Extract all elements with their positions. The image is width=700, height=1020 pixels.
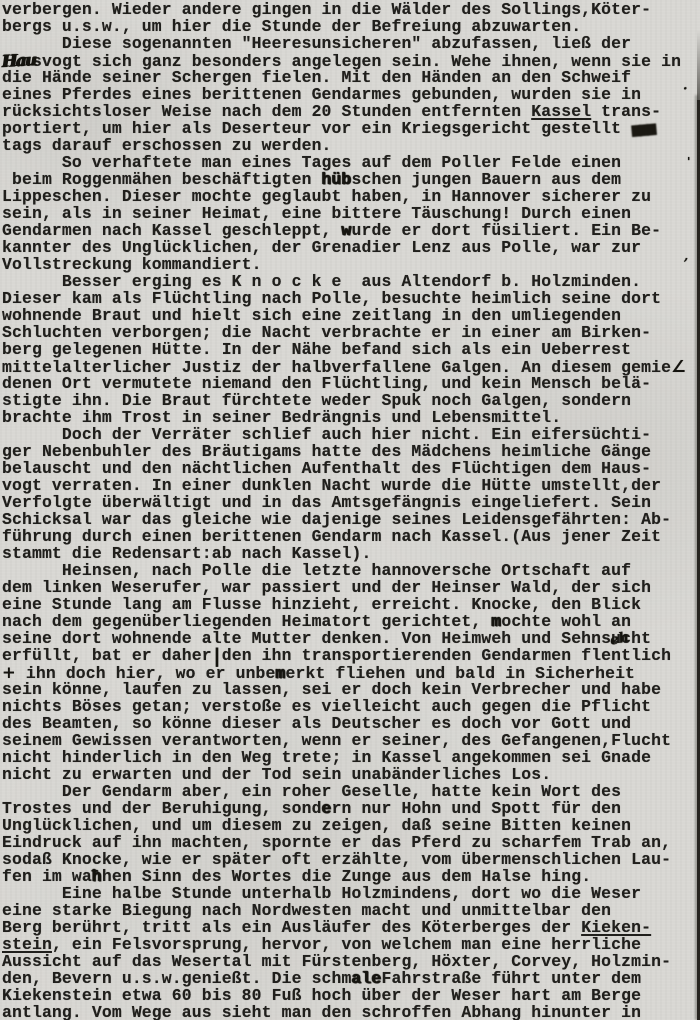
text-line: portiert, um hier als Deserteur vor ein … — [2, 120, 700, 137]
text-line: erfüllt, bat er daher|den ihn transporti… — [2, 647, 700, 664]
text-line: rücksichtsloser Weise nach dem 20 Stunde… — [2, 103, 700, 120]
text-line: Unglücklichen, und um diesem zu zeigen, … — [2, 817, 700, 834]
text-segment: antlang. Vom Wege aus sieht man den schr… — [2, 1003, 641, 1020]
text-line: kannter des Unglücklichen, der Grenadier… — [2, 239, 700, 256]
text-line: des Beamten, so könne dieser als Deutsch… — [2, 715, 700, 732]
text-line: Hausvogt sich ganz besonders angelegen s… — [2, 52, 700, 69]
ink-scribble: ▆▆▆ — [631, 122, 654, 137]
text-line: den, Bevern u.s.w.genießt. Die schmaleFa… — [2, 970, 700, 987]
text-line: seine dort wohnende alte Mutter denken. … — [2, 630, 700, 647]
text-line: So verhaftete man eines Tages auf dem Po… — [2, 154, 700, 171]
text-line: nichts Böses getan; verstoße es vielleic… — [2, 698, 700, 715]
text-segment: berg gelegenen Hütte. In der Nähe befand… — [2, 340, 631, 359]
text-line: nicht zu erwarten und der Tod sein unabä… — [2, 766, 700, 783]
text-line: nach dem gegenüberliegenden Heimatort ge… — [2, 613, 700, 630]
text-line: Der Gendarm aber, ein roher Geselle, hat… — [2, 783, 700, 800]
text-line: Schicksal war das gleiche wie dajenige s… — [2, 511, 700, 528]
text-segment: erfüllt, bat er daher — [2, 646, 212, 665]
ink-speck: , — [684, 249, 688, 263]
text-line: antlang. Vom Wege aus sieht man den schr… — [2, 1004, 700, 1020]
text-line: dem linken Weserufer, war passiert und d… — [2, 579, 700, 596]
text-line: Dieser kam als Flüchtling nach Polle, be… — [2, 290, 700, 307]
text-line: mittelalterlicher Justiz der halbverfall… — [2, 358, 700, 375]
text-line: sodaß Knocke, wie er später oft erzählte… — [2, 851, 700, 868]
text-line: Heinsen, nach Polle die letzte hannovers… — [2, 562, 700, 579]
pen-stroke: | — [212, 646, 222, 667]
text-line: stigte ihn. Die Braut fürchtete weder Sp… — [2, 392, 700, 409]
text-line: brachte ihm Trost in seiner Bedrängnis u… — [2, 409, 700, 426]
text-line: Verfolgte überwältigt und in das Amtsgef… — [2, 494, 700, 511]
text-line: Kiekenstein etwa 60 bis 80 Fuß hoch über… — [2, 987, 700, 1004]
text-line: Berg berührt, tritt als ein Ausläufer de… — [2, 919, 700, 936]
text-line: fen im waħhen Sinn des Wortes die Zunge … — [2, 868, 700, 885]
text-line: eines Pferdes eines berittenen Gendarmes… — [2, 86, 700, 103]
ink-speck: · — [683, 82, 688, 97]
text-line: Gendarmen nach Kassel geschleppt, wurde … — [2, 222, 700, 239]
text-line: Eindruck auf ihn machten, spornte er das… — [2, 834, 700, 851]
ink-speck: ' — [687, 155, 690, 168]
text-line: tags darauf erschossen zu werden. — [2, 137, 700, 154]
text-line: berg gelegenen Hütte. In der Nähe befand… — [2, 341, 700, 358]
text-line: vogt verraten. In einer dunklen Nacht wu… — [2, 477, 700, 494]
text-line: Schluchten verborgen; die Nacht verbrach… — [2, 324, 700, 341]
text-segment: Diese sogenannten "Heeresunsicheren" abz… — [2, 34, 631, 53]
text-line: verbergen. Wieder andere gingen in die W… — [2, 1, 700, 18]
text-line: wohnende Braut und hielt sich eine zeitl… — [2, 307, 700, 324]
text-line: Aussicht auf das Wesertal mit Fürstenber… — [2, 953, 700, 970]
document-page: verbergen. Wieder andere gingen in die W… — [0, 0, 700, 1020]
handwritten-mark: ∠ — [671, 357, 686, 376]
text-line: eine starke Biegung nach Nordwesten mach… — [2, 902, 700, 919]
handwritten-overwrite: Hau — [2, 51, 33, 70]
text-line: belauscht und den nächtlichen Aufenthalt… — [2, 460, 700, 477]
text-line: denen Ort vermutete niemand den Flüchtli… — [2, 375, 700, 392]
text-line: + ihn doch hier, wo er unbemerkt fliehen… — [2, 664, 700, 681]
text-line: eine Stunde lang am Flusse hinzieht, err… — [2, 596, 700, 613]
text-line: ger Nebenbuhler des Bräutigams hatte des… — [2, 443, 700, 460]
text-line: führung durch einen berittenen Gendarm n… — [2, 528, 700, 545]
text-line: bergs u.s.w., um hier die Stunde der Bef… — [2, 18, 700, 35]
text-segment: den ihn transportierenden Gendarmen flen… — [222, 646, 671, 665]
text-line: sein könne, laufen zu lassen, sei er doc… — [2, 681, 700, 698]
text-line: stein, ein Felsvorsprung, hervor, von we… — [2, 936, 700, 953]
text-line: nicht hinderlich in den Weg trete; in Ka… — [2, 749, 700, 766]
text-line: Besser erging es K n o c k e aus Altendo… — [2, 273, 700, 290]
text-line: Trostes und der Beruhigung, sondern nur … — [2, 800, 700, 817]
text-line: beim Roggenmähen beschäftigten hübschen … — [2, 171, 700, 188]
text-line: Diese sogenannten "Heeresunsicheren" abz… — [2, 35, 700, 52]
text-block: verbergen. Wieder andere gingen in die W… — [2, 1, 700, 1020]
text-line: Doch der Verräter schlief auch hier nich… — [2, 426, 700, 443]
text-line: stammt die Redensart:ab nach Kassel). — [2, 545, 700, 562]
text-line: Vollstreckung kommandiert. — [2, 256, 700, 273]
text-line: seinem Gewissen verantworten, wenn er se… — [2, 732, 700, 749]
text-line: sein, als in seiner Heimat, eine bittere… — [2, 205, 700, 222]
text-line: Eine halbe Stunde unterhalb Holzmindens,… — [2, 885, 700, 902]
text-line: die Hände seiner Schergen fielen. Mit de… — [2, 69, 700, 86]
text-line: Lippeschen. Dieser mochte geglaubt haben… — [2, 188, 700, 205]
